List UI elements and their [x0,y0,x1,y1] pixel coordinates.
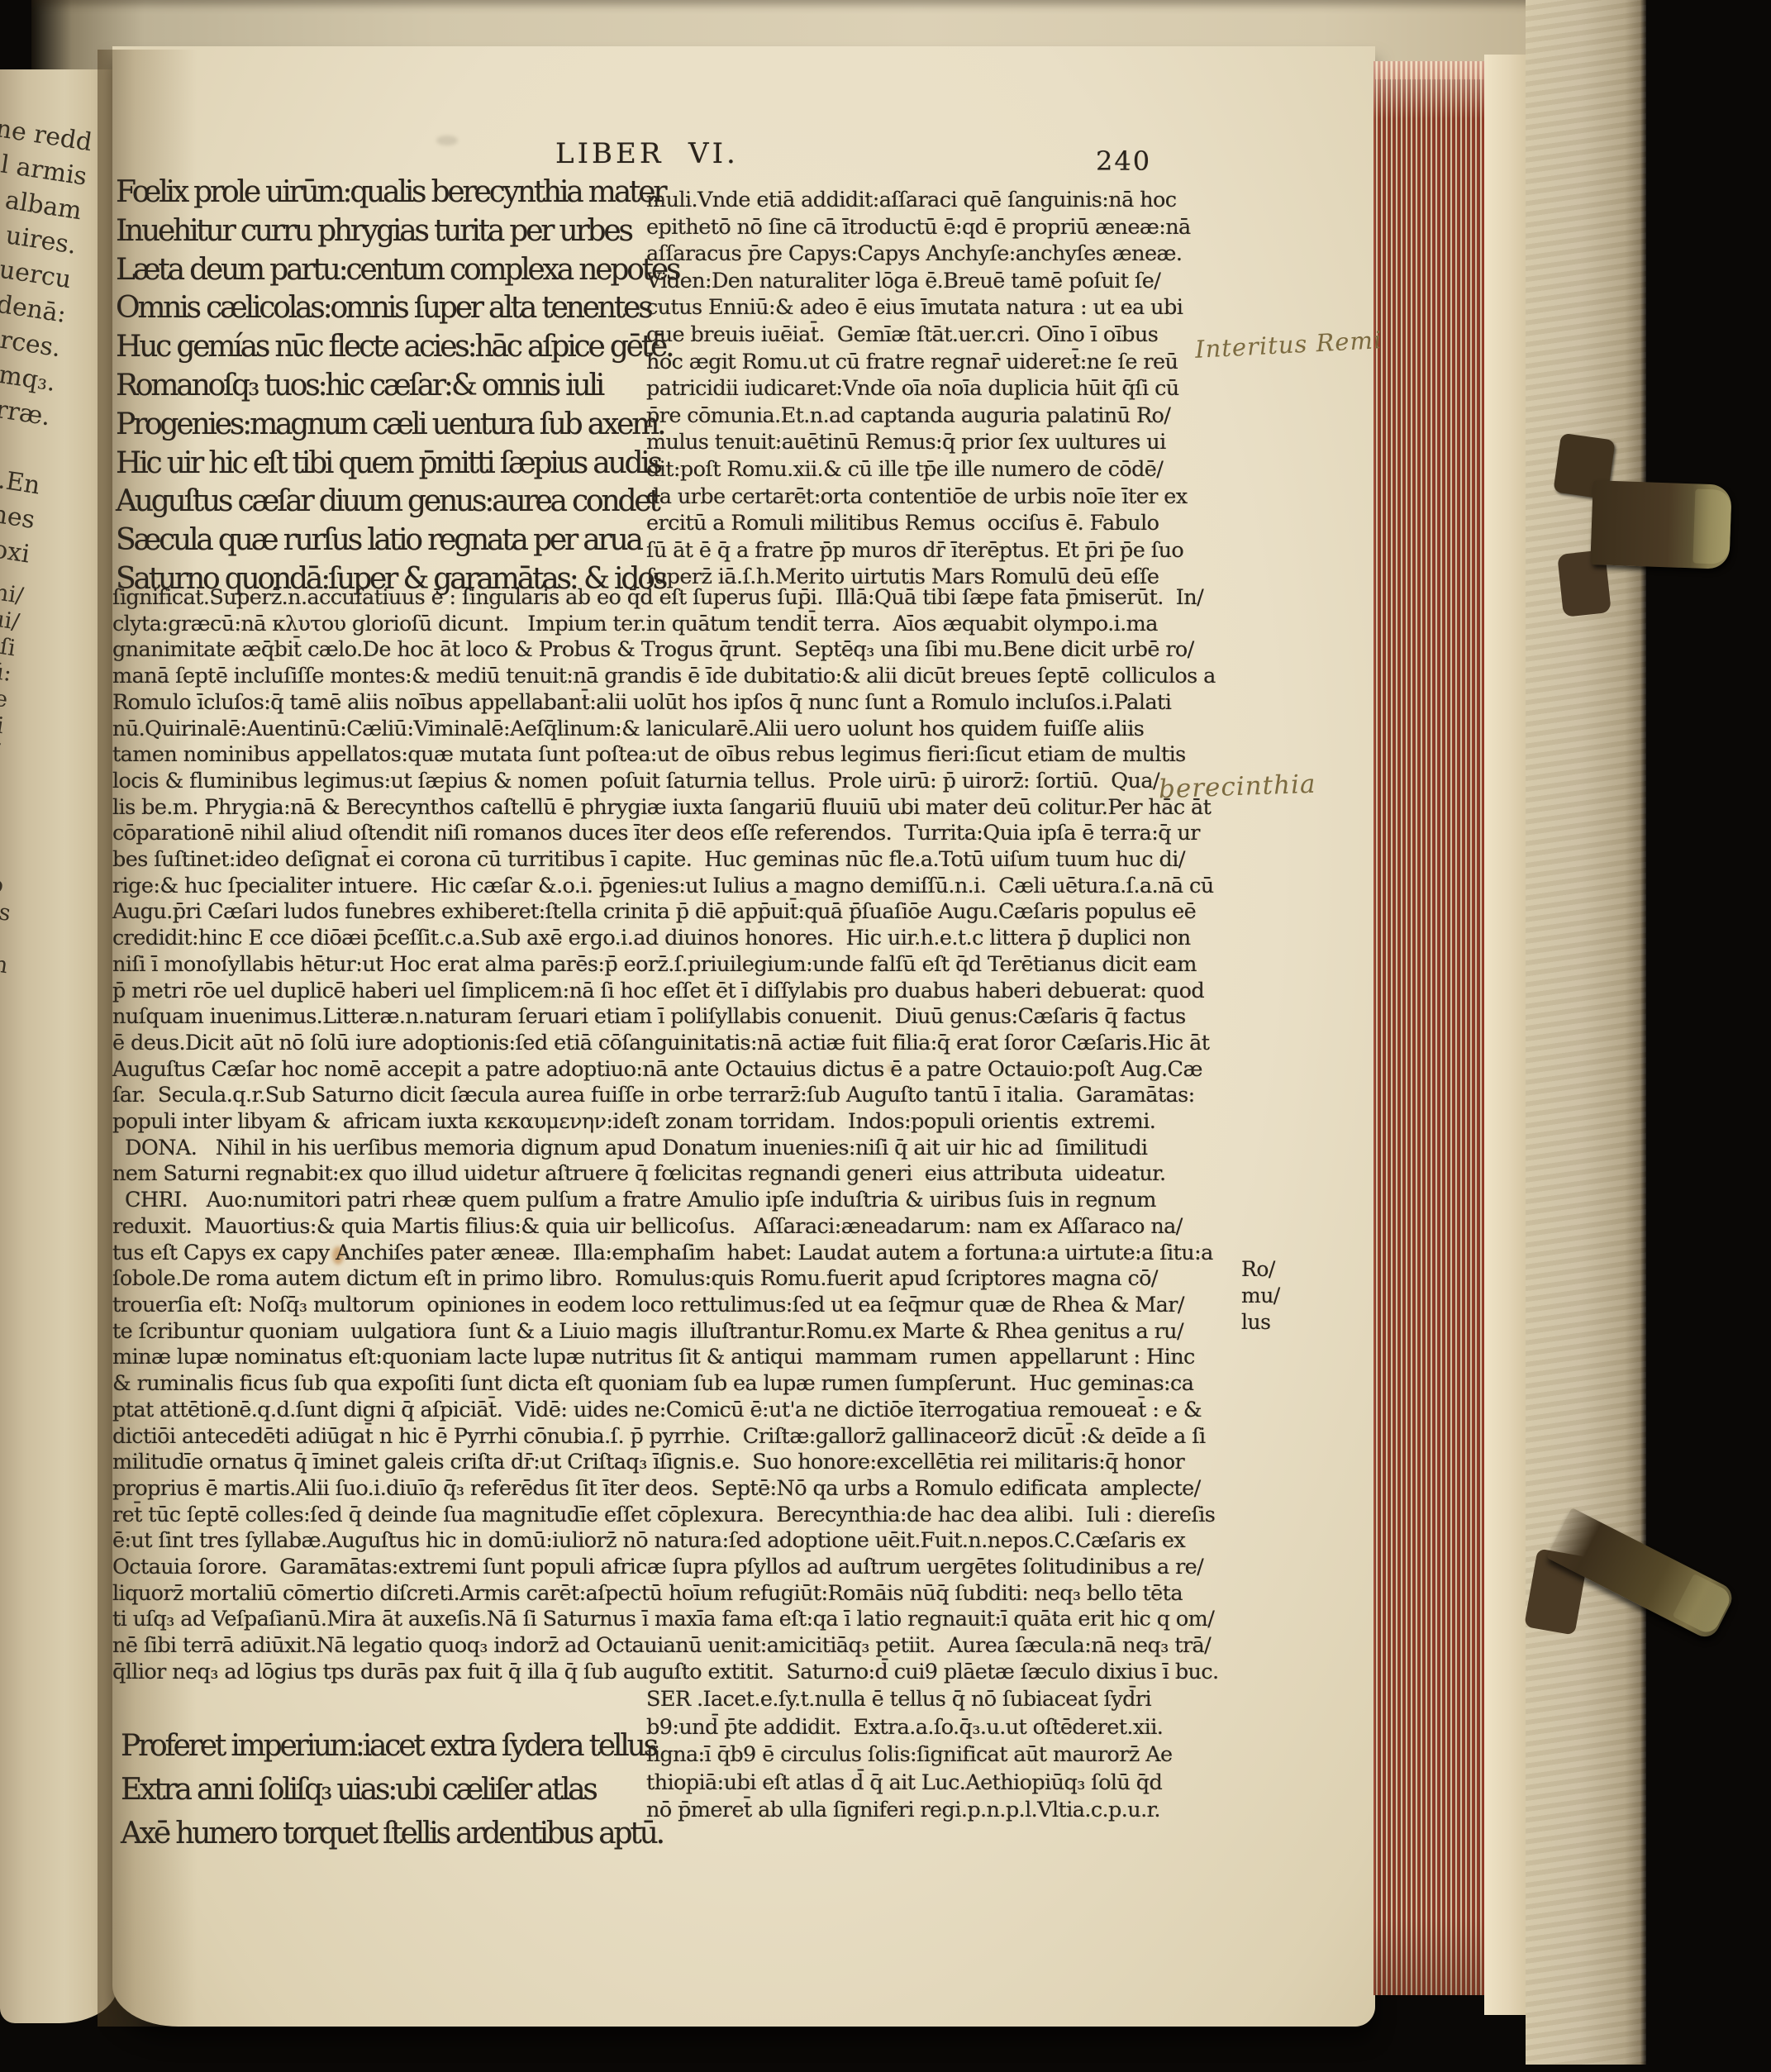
text-line: credidit:hinc E cce diōæi p̄ceſſit.c.a.S… [112,926,1245,952]
facing-page-commentary-fragments: orz̄.Ite Numi/nos reges Silui/iæ plenā p… [0,551,25,1520]
text-line: minæ lupæ nominatus eſt:quoniam lacte lu… [112,1345,1245,1371]
text-line: te ſcribuntur quoniam uulgatiora ſunt & … [112,1319,1245,1346]
text-line: Huc gemías nūc flecte acies:hāc aſpice g… [116,328,661,367]
text-line: ſar. Secula.q.r.Sub Saturno dicit ſæcula… [112,1083,1245,1109]
facing-page-verse-fragments: i te nomine reddtate uel armisacceperit … [0,93,94,573]
text-line: Augu.p̄ri Cæſari ludos funebres exhibere… [112,899,1245,926]
text-line: populi inter libyam & africam iuxta κεκα… [112,1109,1245,1136]
text-line: manā ſeptē incluſiſſe montes:& mediū ten… [112,664,1245,690]
text-line: Sæcula quæ rurſus latio regnata per arua [116,522,661,560]
text-line: ē:ut ſint tres ſyllabæ.Auguſtus hic in d… [112,1528,1245,1555]
text-line: Hic uir hic eſt tibi quem p̄mitti ſæpius… [116,445,661,483]
text-line: ē deus.Dicit aūt nō ſolū iure adoptionis… [112,1031,1245,1057]
text-line: Inuehitur curru phrygias turita per urbe… [116,212,661,251]
text-line: CHRI. Auo:numitori patri rheæ quem pulſu… [112,1188,1245,1214]
facing-page-text: i te nomine reddtate uel armisacceperit … [0,69,104,94]
text-line: tamen nominibus appellatos:quæ mutata ſu… [112,742,1245,769]
vellum-cover-edge [1526,0,1646,2065]
text-line: DONA. Nihil in his uerſibus memoria dign… [112,1136,1245,1162]
text-line: p̄re cōmunia.Et.n.ad captanda auguria pa… [646,402,1238,430]
text-line: tus eſt Capys ex capy Anchiſes pater æne… [112,1241,1245,1267]
text-line: nuſquam inuenimus.Litteræ.n.naturam ſeru… [112,1004,1245,1031]
text-line: ſobole.De roma autem dictum eſt in primo… [112,1266,1245,1293]
text-line: nō p̄meret̄ ab ulla ſigniferi regi.p.n.p… [646,1797,1238,1825]
text-line: Ro/ [1241,1256,1280,1283]
text-line: aſſaracus p̄re Capys:Capys Anchyſe:anchy… [646,241,1238,268]
text-line: ſigna:ī q̄b9 ē circulus ſolis:ſignificat… [646,1741,1238,1770]
text-line: bes ſuſtinet:ideo deſignat̄ ei corona cū… [112,847,1245,874]
printed-margin-gloss: Ro/mu/lus [1241,1256,1280,1336]
text-line: Omnis cælicolas:omnis ſuper alta tenente… [116,289,661,328]
text-line: q̄llior neq₃ ad lōgius tps durās pax fui… [112,1660,1245,1686]
text-line: epithetō nō ſine cā ītroductū ē:qd ē pro… [646,214,1238,241]
text-line: gnanimitate æq̄bit̄ cælo.De hoc āt loco … [112,637,1245,664]
commentary-full-width: ſignificat.Superz̄.n.accuſatiuus ē : ſin… [112,585,1245,1686]
text-line: dictiōi antecedēti adiūgat̄ n hic ē Pyrr… [112,1424,1245,1450]
text-line: nē ſibi terrā adiūxit.Nā legatio quoq₃ i… [112,1633,1245,1660]
text-line: dit:poſt Romu.xii.& cū ille tp̄e ille nu… [646,456,1238,483]
text-line: trouerſia eſt: Noſq̄₃ multorum opiniones… [112,1293,1245,1319]
text-line: muli.Vnde etiā addidit:aſſaraci quē ſang… [646,187,1238,214]
clasp-tip-top [1692,488,1731,564]
text-line: Octauia ſorore. Garamātas:extremi ſunt p… [112,1555,1245,1581]
text-line: Auguſtus cæſar diuum genus:aurea condet [116,483,661,522]
text-line: reduxit. Mauortius:& quia Martis filius:… [112,1214,1245,1241]
foxing-stain [436,136,458,145]
text-line: ti uſq₃ ad Veſpaſianū.Mira āt auxeſis.Nā… [112,1607,1245,1633]
text-line: cutus Enniū:& adeo ē eius īmutata natura… [646,294,1238,322]
text-line: ptat attētionē.q.d.ſunt digni q̄ aſpiciā… [112,1398,1245,1424]
text-line: locis & fluminibus legimus:ut ſæpius & n… [112,769,1245,795]
text-line: militudīe ornatus q̄ īminet galeis criſt… [112,1450,1245,1476]
flyleaf-edge [1484,55,1526,2015]
text-line: SER .Iacet.e.ſy.t.nulla ē tellus q̄ nō ſ… [646,1686,1238,1714]
text-line: ſū āt ē q̄ a fratre p̄p muros dr̄ īterēp… [646,537,1238,564]
text-line: ſignificat.Superz̄.n.accuſatiuus ē : ſin… [112,585,1245,612]
text-line: niſi ī monoſyllabis hētur:ut Hoc erat al… [112,952,1245,979]
text-line: rige:& huc ſpecialiter intuere. Hic cæſa… [112,874,1245,900]
commentary-column-top-right: muli.Vnde etiā addidit:aſſaraci quē ſang… [646,187,1238,591]
text-line: mu/ [1241,1283,1280,1309]
text-line: Auguſtus Cæſar hoc nomē accepit a patre … [112,1057,1245,1084]
commentary-bottom-right: SER .Iacet.e.ſy.t.nulla ē tellus q̄ nō ſ… [646,1686,1238,1825]
text-line: b9:und̄ p̄te addidit. Extra.a.ſo.q̄₃.u.u… [646,1714,1238,1742]
text-line: nem Saturni regnabit:ex quo illud uidetu… [112,1161,1245,1188]
handwritten-margin-note-2: berecinthia [1158,769,1316,805]
text-line: clyta:græcū:nā κλυτου glorioſū dicunt. I… [112,612,1245,638]
text-line: Proferet imperium:iacet extra ſydera tel… [121,1724,666,1768]
text-line: ret̄ tūc ſeptē colles:ſed q̄ deinde ſua … [112,1503,1245,1529]
text-line: hoc ægit Romu.ut cū fratre regnar̄ uider… [646,349,1238,376]
text-line: nū.Quirinalē:Auentinū:Cæliū:Viminalē:Aeſ… [112,717,1245,743]
text-line: lus [1241,1309,1280,1336]
text-line: Romanoſq₃ tuos:hic cæſar:& omnis iuli [116,367,661,406]
text-line: patricidii iudicaret:Vnde oīa noīa dupli… [646,375,1238,402]
photograph-of-open-book: i te nomine reddtate uel armisacceperit … [0,0,1771,2072]
text-line: Fœlix prole uirūm:qualis berecynthia mat… [116,174,661,212]
text-line: Romulo īcluſos:q̄ tamē aliis noībus appe… [112,690,1245,717]
folio-number: 240 [1096,145,1151,177]
text-line: cōparationē nihil aliud oſtendit niſi ro… [112,821,1245,847]
text-line: Læta deum partu:centum complexa nepotes [116,251,661,290]
text-line: Viden:Den naturaliter lōga ē.Breuē tamē … [646,268,1238,295]
text-line: Extra anni ſoliſq₃ uias:ubi cæliſer atla… [121,1768,666,1812]
text-line: & ruminalis ficus ſub qua expoſiti ſunt … [112,1371,1245,1398]
text-line: thiopiā:ubi eſt atlas d̄ q̄ ait Luc.Aeth… [646,1770,1238,1798]
text-line: ercitū a Romuli militibus Remus occiſus … [646,510,1238,537]
text-line: mulus tenuit:auētinū Remus:q̄ prior ſex … [646,429,1238,456]
verse-block-bottom: Proferet imperium:iacet extra ſydera tel… [121,1724,666,1855]
clasp-strap-top [1590,480,1731,569]
text-line: p̄ metri rōe uel duplicē haberi uel ſimp… [112,979,1245,1005]
verse-block-top: Fœlix prole uirūm:qualis berecynthia mat… [116,174,661,599]
text-line: proprius ē martis.Alii ſuo.i.diuīo q̄₃ r… [112,1476,1245,1503]
text-line: liquorz̄ mortaliū cōmertio diſcreti.Armi… [112,1581,1245,1608]
text-line: Progenies:magnum cæli uentura ſub axem. [116,406,661,445]
text-line: Axē humero torquet ſtellis ardentibus ap… [121,1812,666,1855]
text-line: lis be.m. Phrygia:nā & Berecynthos caſte… [112,795,1245,822]
text-line: que breuis iuēiat̄. Gemīæ ſtāt.uer.cri. … [646,322,1238,349]
clasp-tip-bottom [1673,1574,1734,1636]
text-line: da urbe certarēt:orta contentiōe de urbi… [646,483,1238,511]
running-title: LIBER VI. [555,137,739,170]
red-speckled-fore-edge [1373,61,1484,1995]
